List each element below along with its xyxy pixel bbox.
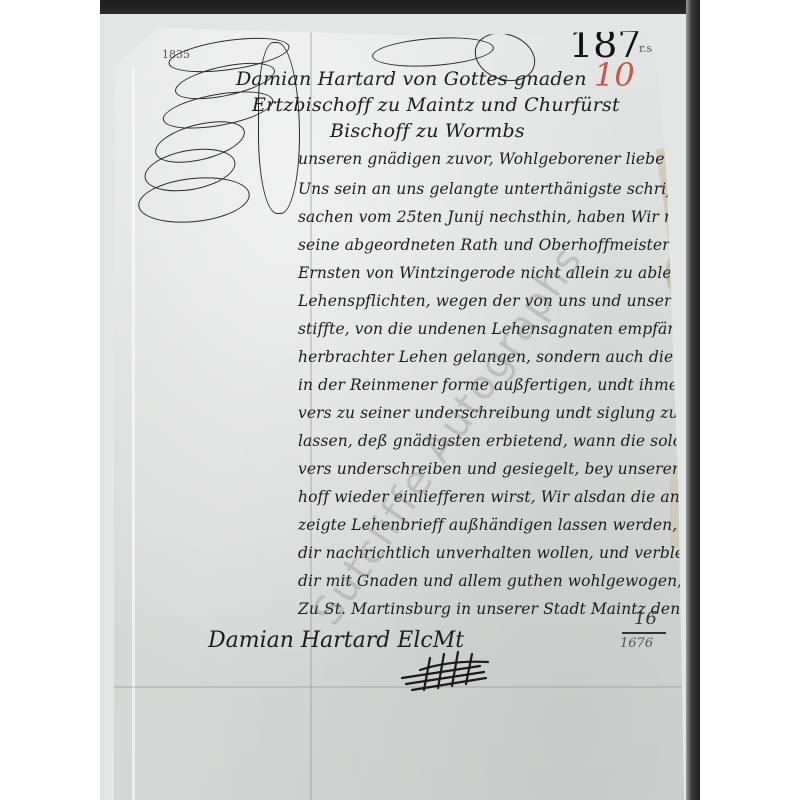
header-line-1: Damian Hartard von Gottes gnaden bbox=[236, 68, 587, 90]
body-line: vers underschreiben und gesiegelt, bey u… bbox=[298, 460, 700, 478]
body-line: hoff wieder einliefferen wirst, Wir alsd… bbox=[298, 488, 700, 506]
manuscript-paper: 1835 187 r.s. 10 Damian Hartard von Gott… bbox=[114, 28, 684, 800]
body-line: Uns sein an uns gelangte unterthänigste … bbox=[298, 180, 700, 198]
body-line: vers zu seiner underschreibung undt sigl… bbox=[298, 404, 700, 422]
header-line-3: Bischoff zu Wormbs bbox=[330, 120, 525, 142]
date-day: 16 bbox=[634, 608, 657, 629]
signature-paraph-icon bbox=[400, 648, 490, 692]
fraction-line bbox=[622, 632, 666, 634]
body-line: Ernsten von Wintzingerode nicht allein z… bbox=[298, 264, 700, 282]
red-pencil-mark: 10 bbox=[594, 56, 635, 94]
body-line: sachen vom 25ten Junij nechsthin, haben … bbox=[298, 208, 700, 226]
body-line: unseren gnädigen zuvor, Wohlgeborener li… bbox=[298, 150, 700, 168]
date-year: 1676 bbox=[620, 636, 653, 651]
body-line: seine abgeordneten Rath und Oberhoffmeis… bbox=[298, 236, 700, 254]
body-line: lassen, deß gnädigsten erbietend, wann d… bbox=[298, 432, 700, 450]
horizontal-fold bbox=[114, 686, 684, 688]
header-line-2: Ertzbischoff zu Maintz und Churfürst bbox=[252, 94, 620, 116]
body-line: Lehenspflichten, wegen der von uns und u… bbox=[298, 292, 700, 310]
left-margin-fold bbox=[132, 68, 135, 800]
document-photo: 1835 187 r.s. 10 Damian Hartard von Gott… bbox=[100, 0, 700, 800]
right-dark-strip bbox=[686, 0, 700, 800]
